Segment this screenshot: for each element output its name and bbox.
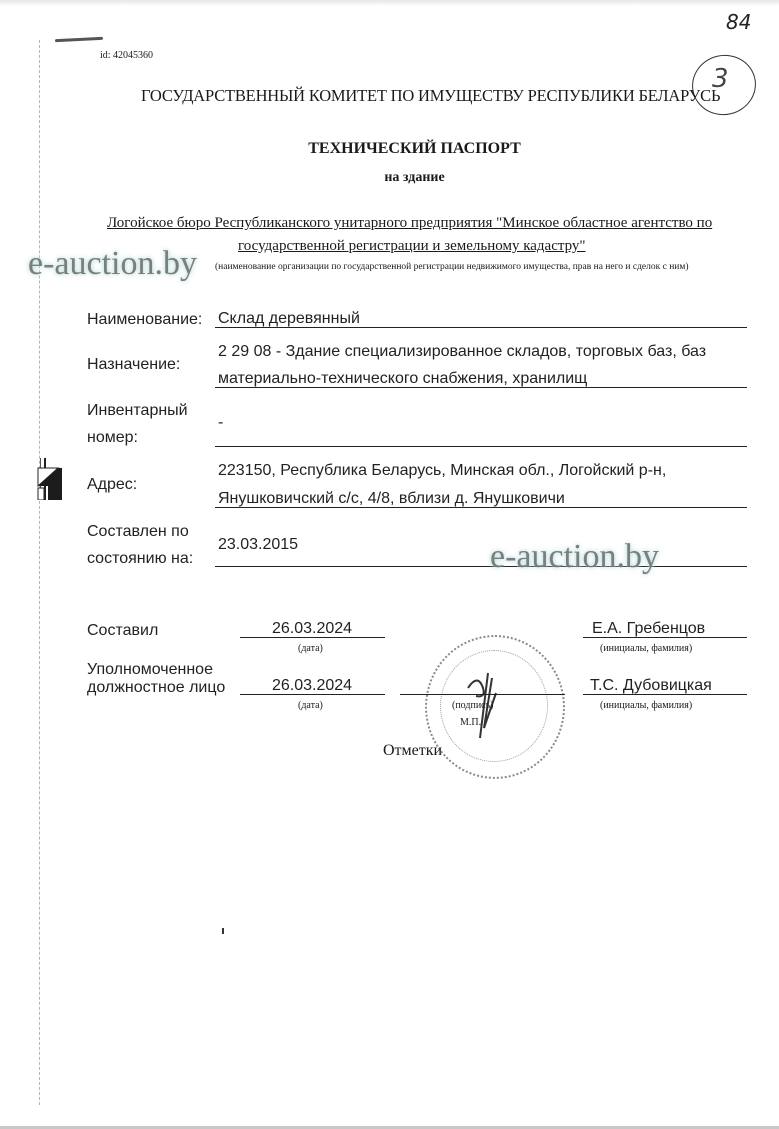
field-rule xyxy=(215,387,747,388)
field-value-purpose-line-1: 2 29 08 - Здание специализированное скла… xyxy=(218,343,706,361)
binding-margin-line xyxy=(39,40,41,1105)
official-label-line-2: должностное лицо xyxy=(87,675,225,701)
watermark: e-auction.by xyxy=(490,538,659,576)
handwritten-page-number: 84 xyxy=(726,10,751,34)
document-id: id: 42045360 xyxy=(100,50,153,61)
signature-rule xyxy=(240,637,385,638)
field-label-as-of-1: Составлен по xyxy=(87,519,189,545)
signature-rule xyxy=(583,694,747,695)
organization-line-1: Логойское бюро Республиканского унитарно… xyxy=(107,215,712,232)
organization-caption: (наименование организации по государстве… xyxy=(215,262,689,272)
field-rule xyxy=(215,327,747,328)
field-label-name: Наименование: xyxy=(87,307,202,333)
binder-clip-icon xyxy=(34,458,64,500)
document-subtitle: на здание xyxy=(0,170,779,186)
document-title: ТЕХНИЧЕСКИЙ ПАСПОРТ xyxy=(0,140,779,158)
field-value-purpose-line-2: материально-технического снабжения, хран… xyxy=(218,370,587,388)
official-name-caption: (инициалы, фамилия) xyxy=(600,700,692,711)
field-rule xyxy=(215,566,747,567)
scan-speck xyxy=(222,928,224,934)
field-value-inventory: - xyxy=(218,414,223,432)
official-name: Т.С. Дубовицкая xyxy=(590,677,712,695)
field-label-inventory-1: Инвентарный xyxy=(87,398,188,424)
notes-label: Отметки xyxy=(383,742,442,760)
field-rule xyxy=(215,507,747,508)
compiled-date: 26.03.2024 xyxy=(272,620,352,638)
field-label-purpose: Назначение: xyxy=(87,352,180,378)
signature-rule xyxy=(583,637,747,638)
field-rule xyxy=(215,446,747,447)
compiled-name: Е.А. Гребенцов xyxy=(592,620,705,638)
organization-line-2: государственной регистрации и земельному… xyxy=(238,238,586,255)
issuing-committee: ГОСУДАРСТВЕННЫЙ КОМИТЕТ ПО ИМУЩЕСТВУ РЕС… xyxy=(141,86,720,106)
field-value-as-of: 23.03.2015 xyxy=(218,536,298,554)
signature-rule xyxy=(240,694,385,695)
signature-caption: (подпись) xyxy=(452,700,494,711)
compiled-date-caption: (дата) xyxy=(298,643,323,654)
field-label-inventory-2: номер: xyxy=(87,425,138,451)
field-value-address-line-1: 223150, Республика Беларусь, Минская обл… xyxy=(218,462,666,480)
pen-mark xyxy=(55,37,103,43)
official-date: 26.03.2024 xyxy=(272,677,352,695)
stamp-caption: М.П. xyxy=(460,717,481,728)
compiled-by-label: Составил xyxy=(87,618,158,644)
field-value-address-line-2: Янушковичский с/с, 4/8, вблизи д. Янушко… xyxy=(218,490,565,508)
field-label-address: Адрес: xyxy=(87,472,137,498)
field-value-name: Склад деревянный xyxy=(218,310,360,328)
watermark: e-auction.by xyxy=(28,245,197,283)
scan-top-band xyxy=(0,0,779,6)
signature-line xyxy=(400,694,565,695)
official-date-caption: (дата) xyxy=(298,700,323,711)
field-label-as-of-2: состоянию на: xyxy=(87,546,193,572)
compiled-name-caption: (инициалы, фамилия) xyxy=(600,643,692,654)
